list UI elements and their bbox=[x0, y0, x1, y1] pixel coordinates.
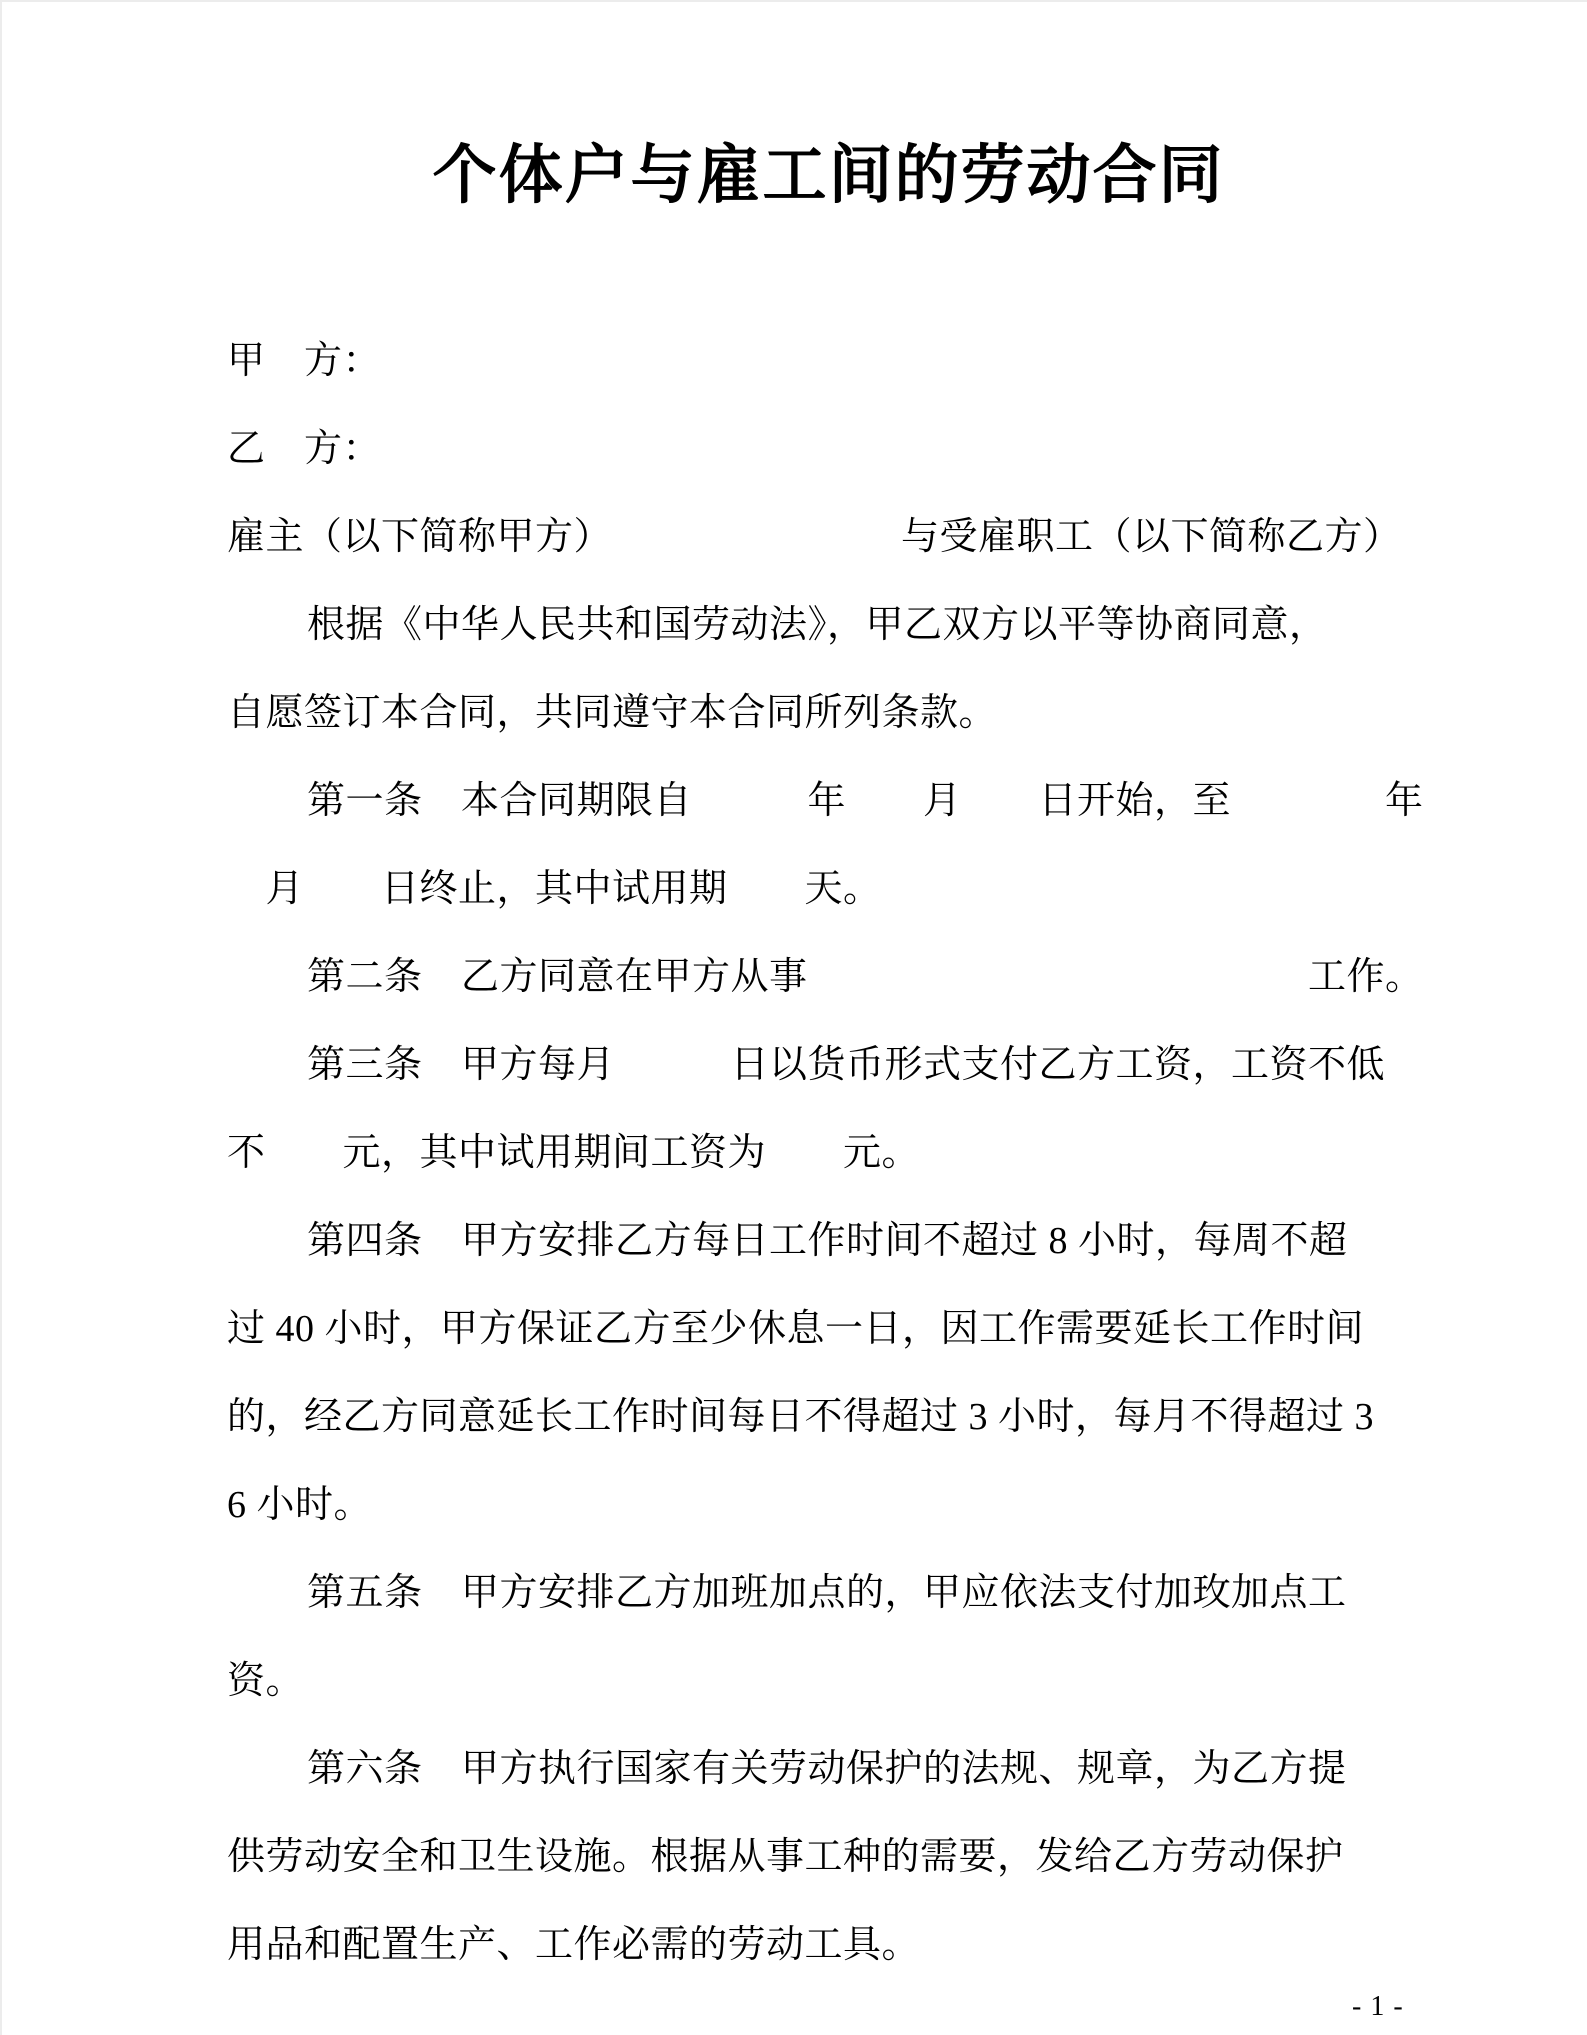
document-page: { "page": { "title": "个体户与雇工间的劳动合同", "pa… bbox=[0, 0, 1587, 2035]
document-line: 6 小时。 bbox=[227, 1461, 1457, 1549]
document-body: 甲 方：乙 方：雇主（以下简称甲方） 与受雇职工（以下简称乙方）根据《中华人民共… bbox=[227, 317, 1457, 1989]
document-line: 雇主（以下简称甲方） 与受雇职工（以下简称乙方） bbox=[227, 493, 1457, 581]
document-line: 第六条 甲方执行国家有关劳动保护的法规、规章，为乙方提 bbox=[227, 1725, 1457, 1813]
document-line: 根据《中华人民共和国劳动法》，甲乙双方以平等协商同意， bbox=[227, 581, 1457, 669]
document-line: 自愿签订本合同，共同遵守本合同所列条款。 bbox=[227, 669, 1457, 757]
document-line: 的，经乙方同意延长工作时间每日不得超过 3 小时，每月不得超过 3 bbox=[227, 1373, 1457, 1461]
document-line: 供劳动安全和卫生设施。根据从事工种的需要，发给乙方劳动保护 bbox=[227, 1813, 1457, 1901]
document-line: 第三条 甲方每月 日以货币形式支付乙方工资，工资不低 bbox=[227, 1021, 1457, 1109]
document-line: 过 40 小时，甲方保证乙方至少休息一日，因工作需要延长工作时间 bbox=[227, 1285, 1457, 1373]
document-line: 第一条 本合同期限自 年 月 日开始，至 年 bbox=[227, 757, 1457, 845]
document-line: 第二条 乙方同意在甲方从事 工作。 bbox=[227, 933, 1457, 1021]
page-number: - 1 - bbox=[1352, 1990, 1404, 2024]
document-line: 用品和配置生产、工作必需的劳动工具。 bbox=[227, 1901, 1457, 1989]
document-line: 月 日终止，其中试用期 天。 bbox=[227, 845, 1457, 933]
page-title: 个体户与雇工间的劳动合同 bbox=[0, 144, 1587, 208]
document-line: 甲 方： bbox=[227, 317, 1457, 405]
document-line: 第四条 甲方安排乙方每日工作时间不超过 8 小时，每周不超 bbox=[227, 1197, 1457, 1285]
document-line: 资。 bbox=[227, 1637, 1457, 1725]
document-line: 第五条 甲方安排乙方加班加点的，甲应依法支付加玫加点工 bbox=[227, 1549, 1457, 1637]
document-line: 乙 方： bbox=[227, 405, 1457, 493]
document-line: 不 元，其中试用期间工资为 元。 bbox=[227, 1109, 1457, 1197]
